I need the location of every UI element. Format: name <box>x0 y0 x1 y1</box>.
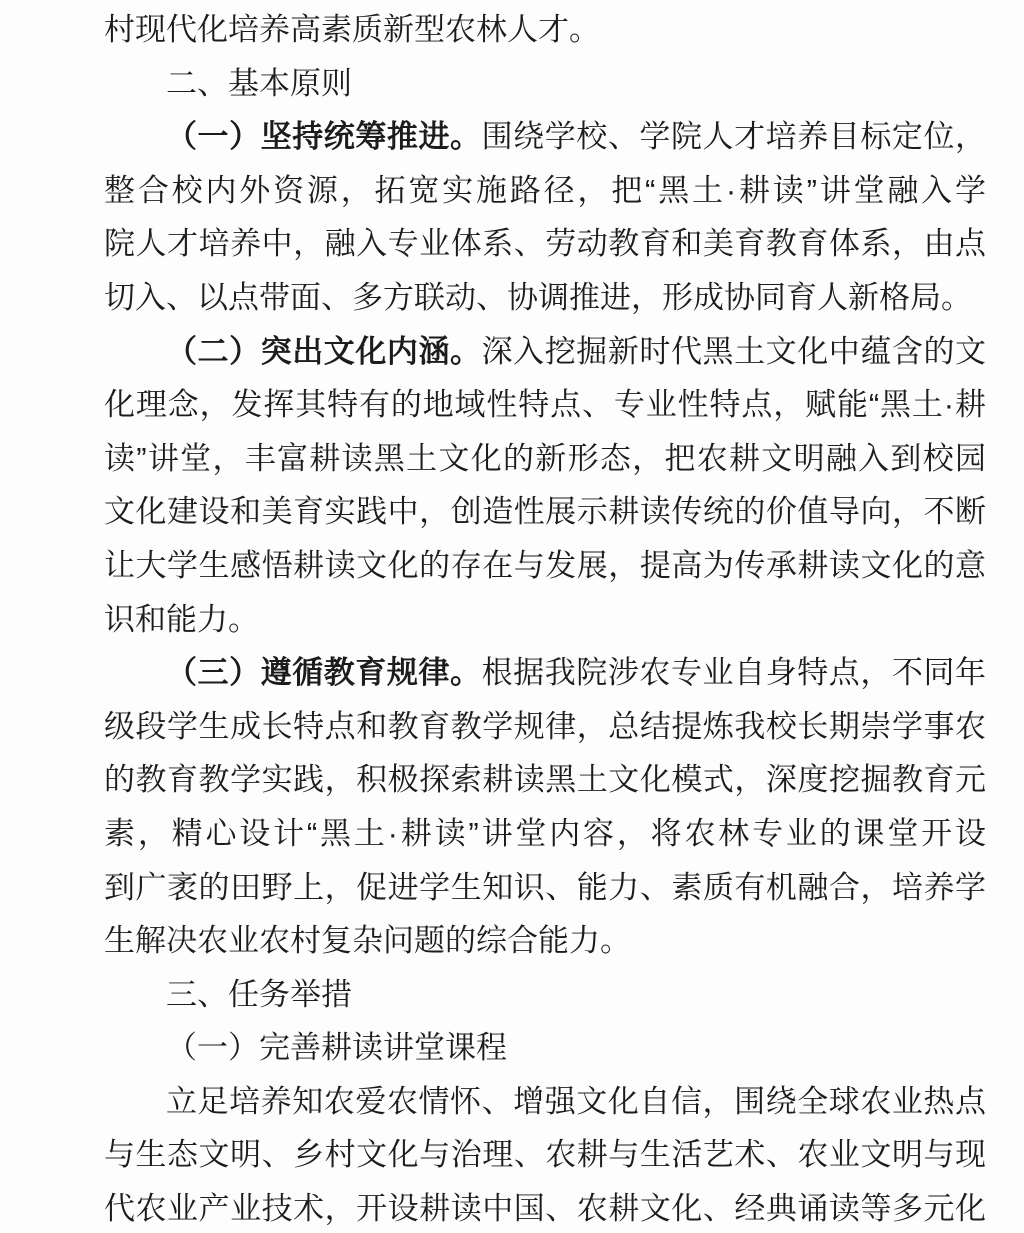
text-line: （三）遵循教育规律。根据我院涉农专业自身特点，不同年 <box>104 646 986 700</box>
document-content: 村现代化培养高素质新型农林人才。二、基本原则（一）坚持统筹推进。围绕学校、学院人… <box>0 0 1024 1233</box>
document-page: 村现代化培养高素质新型农林人才。二、基本原则（一）坚持统筹推进。围绕学校、学院人… <box>0 0 1024 1233</box>
text-line: 素，精心设计“黑土·耕读”讲堂内容，将农林专业的课堂开设 <box>104 807 986 861</box>
text-line: 整合校内外资源，拓宽实施路径，把“黑土·耕读”讲堂融入学 <box>104 164 986 218</box>
bold-lead-in: （二）突出文化内涵。 <box>166 334 482 369</box>
text-line: 生解决农业农村复杂问题的综合能力。 <box>104 914 986 968</box>
text-line: （一）完善耕读讲堂课程 <box>104 1021 986 1075</box>
bold-lead-in: （三）遵循教育规律。 <box>166 655 482 690</box>
text-line: 与生态文明、乡村文化与治理、农耕与生活艺术、农业文明与现 <box>104 1128 986 1182</box>
text-line: 到广袤的田野上，促进学生知识、能力、素质有机融合，培养学 <box>104 861 986 915</box>
text-line: 院人才培养中，融入专业体系、劳动教育和美育教育体系，由点 <box>104 217 986 271</box>
text-line: 化理念，发挥其特有的地域性特点、专业性特点，赋能“黑土·耕 <box>104 378 986 432</box>
text-line: 切入、以点带面、多方联动、协调推进，形成协同育人新格局。 <box>104 271 986 325</box>
text-line: 识和能力。 <box>104 593 986 647</box>
text-line: （一）坚持统筹推进。围绕学校、学院人才培养目标定位， <box>104 110 986 164</box>
text-line: 代农业产业技术，开设耕读中国、农耕文化、经典诵读等多元化 <box>104 1182 986 1233</box>
text-line: 三、任务举措 <box>104 968 986 1022</box>
text-line: （二）突出文化内涵。深入挖掘新时代黑土文化中蕴含的文 <box>104 325 986 379</box>
text-line: 的教育教学实践，积极探索耕读黑土文化模式，深度挖掘教育元 <box>104 753 986 807</box>
line-text: 根据我院涉农专业自身特点，不同年 <box>482 655 986 690</box>
line-text: 深入挖掘新时代黑土文化中蕴含的文 <box>482 334 986 369</box>
line-text: 围绕学校、学院人才培养目标定位， <box>482 119 986 154</box>
text-line: 立足培养知农爱农情怀、增强文化自信，围绕全球农业热点 <box>104 1075 986 1129</box>
text-line: 二、基本原则 <box>104 57 986 111</box>
bold-lead-in: （一）坚持统筹推进。 <box>166 119 482 154</box>
text-line: 村现代化培养高素质新型农林人才。 <box>104 3 986 57</box>
text-line: 文化建设和美育实践中，创造性展示耕读传统的价值导向，不断 <box>104 485 986 539</box>
text-line: 让大学生感悟耕读文化的存在与发展，提高为传承耕读文化的意 <box>104 539 986 593</box>
text-line: 读”讲堂，丰富耕读黑土文化的新形态，把农耕文明融入到校园 <box>104 432 986 486</box>
text-line: 级段学生成长特点和教育教学规律，总结提炼我校长期崇学事农 <box>104 700 986 754</box>
